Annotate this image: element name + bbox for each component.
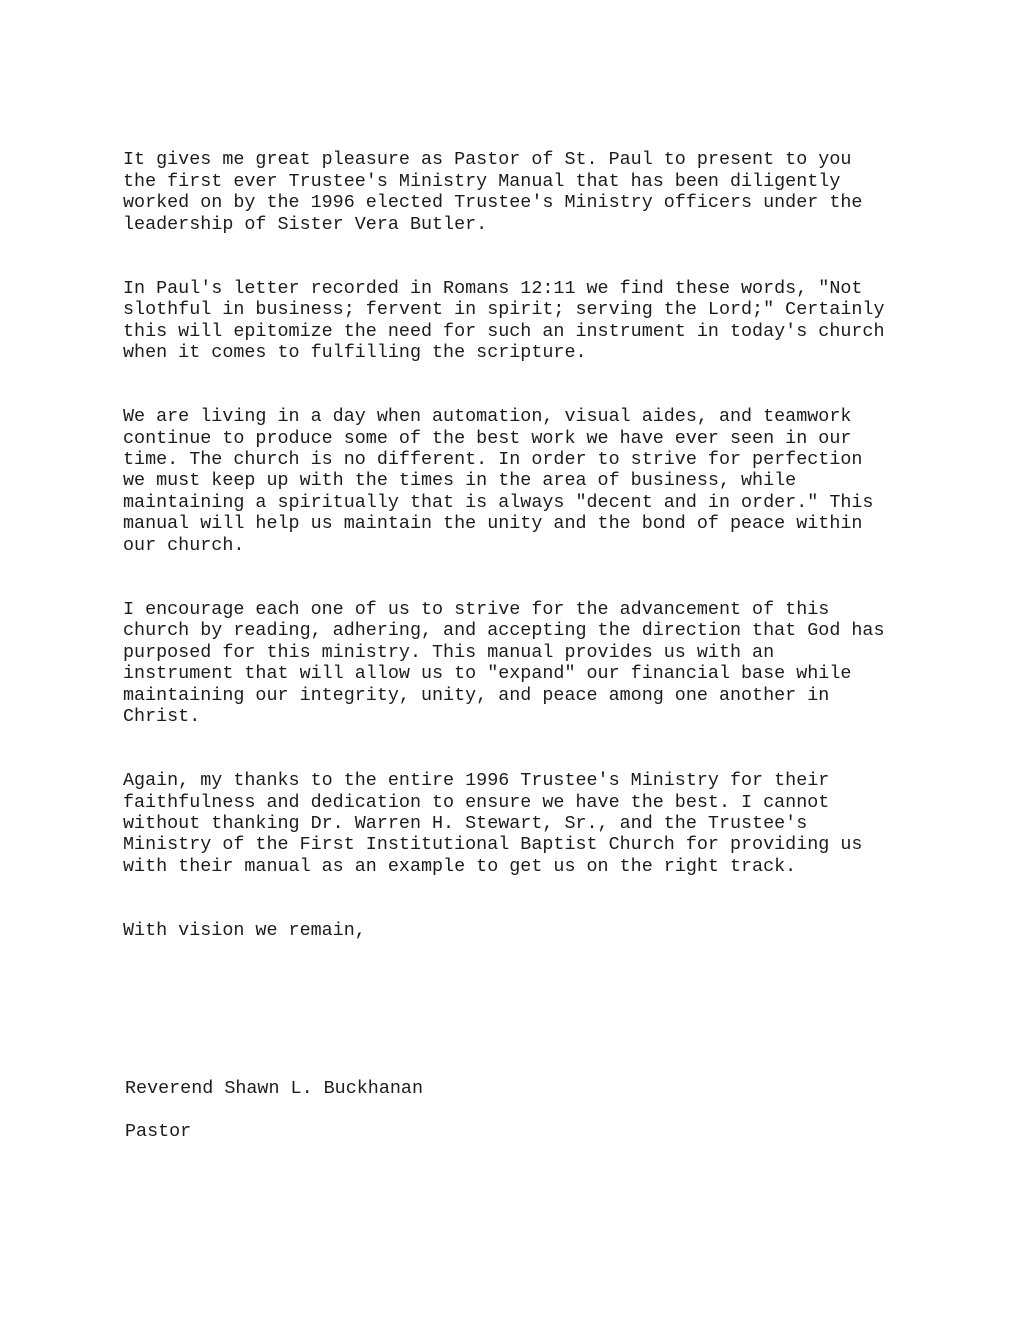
signature-name: Reverend Shawn L. Buckhanan — [125, 1078, 915, 1099]
letter-page: It gives me great pleasure as Pastor of … — [0, 0, 1020, 1320]
signature-title: Pastor — [125, 1121, 915, 1142]
paragraph-scripture: In Paul's letter recorded in Romans 12:1… — [123, 278, 915, 364]
paragraph-intro: It gives me great pleasure as Pastor of … — [123, 149, 915, 235]
closing-line: With vision we remain, — [123, 920, 915, 941]
letter-body: It gives me great pleasure as Pastor of … — [123, 128, 915, 1185]
paragraph-thanks: Again, my thanks to the entire 1996 Trus… — [123, 770, 915, 877]
paragraph-encouragement: I encourage each one of us to strive for… — [123, 599, 915, 727]
paragraph-automation: We are living in a day when automation, … — [123, 406, 915, 556]
signature-block: Reverend Shawn L. Buckhanan Pastor — [125, 1057, 915, 1164]
